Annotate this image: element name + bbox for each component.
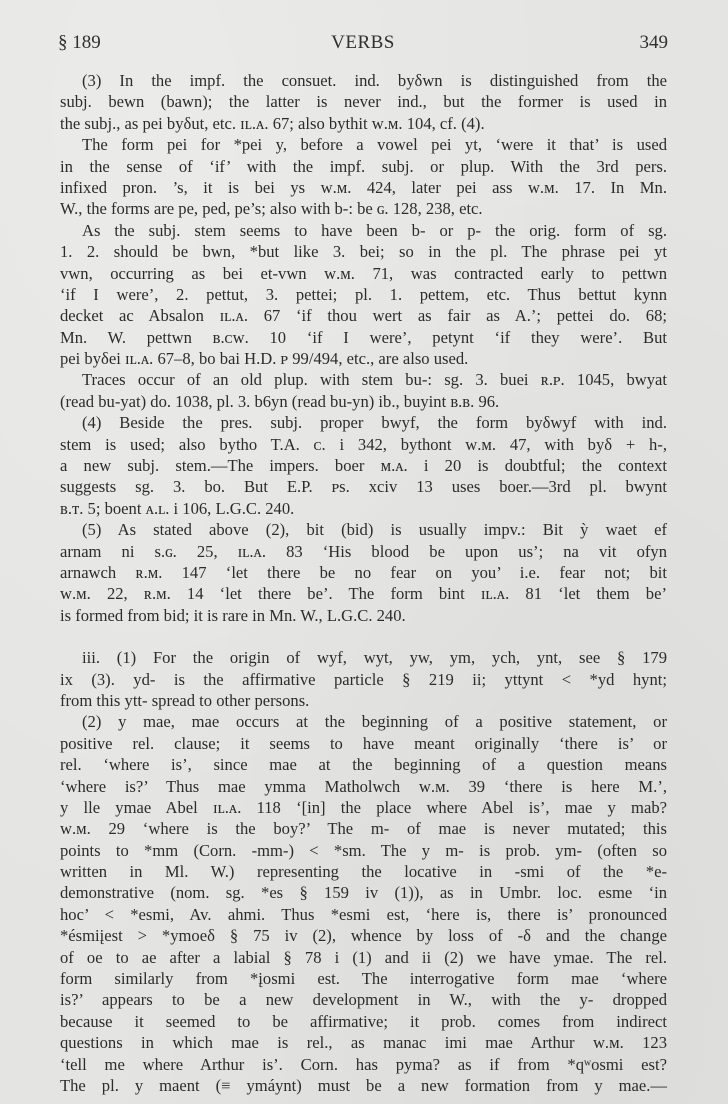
text-line: (4) Beside the pres. subj. proper bwyf, … bbox=[60, 412, 667, 433]
text-line: (5) As stated above (2), bit (bid) is us… bbox=[60, 519, 667, 540]
text-line: ix (3). yd- is the affirmative particle … bbox=[60, 669, 667, 690]
text-line: points to *mm (Corn. -mm-) < *sm. The y … bbox=[60, 840, 667, 861]
text-line: in the sense of ‘if’ with the impf. subj… bbox=[60, 156, 667, 177]
text-line: a new subj. stem.—The impers. boer ᴍ.ᴀ. … bbox=[60, 455, 667, 476]
section-gap bbox=[60, 626, 667, 647]
text-line: The form pei for *pei y, before a vowel … bbox=[60, 134, 667, 155]
paragraph-subj-stem: As the subj. stem seems to have been b- … bbox=[60, 220, 667, 370]
body-text: (3) In the impf. the consuet. ind. byδwn… bbox=[60, 70, 667, 1096]
text-line: hoc’ < *esmi, Av. ahmi. Thus *esmi est, … bbox=[60, 904, 667, 925]
text-line: from this ytt- spread to other persons. bbox=[60, 690, 667, 711]
text-line: Mn. W. pettwn ʙ.ᴄᴡ. 10 ‘if I were’, pety… bbox=[60, 327, 667, 348]
text-line: subj. bewn (bawn); the latter is never i… bbox=[60, 91, 667, 112]
paragraph-4: (4) Beside the pres. subj. proper bwyf, … bbox=[60, 412, 667, 519]
paragraph-iii-1: iii. (1) For the origin of wyf, wyt, yw,… bbox=[60, 647, 667, 711]
chapter-title: VERBS bbox=[58, 32, 668, 54]
paragraph-iii-2: (2) y mae, mae occurs at the beginning o… bbox=[60, 711, 667, 1096]
text-line: ʙ.ᴛ. 5; boent ᴀ.ʟ. i 106, L.G.C. 240. bbox=[60, 498, 667, 519]
paragraph-traces: Traces occur of an old plup. with stem b… bbox=[60, 369, 667, 412]
text-line: suggests sg. 3. bo. But E.P. ᴘs. xciv 13… bbox=[60, 476, 667, 497]
text-line: written in Ml. W.) representing the loca… bbox=[60, 861, 667, 882]
text-line: demonstrative (nom. sg. *es § 159 iv (1)… bbox=[60, 882, 667, 903]
text-line: questions in which mae is rel., as manac… bbox=[60, 1032, 667, 1053]
text-line: ‘if I were’, 2. pettut, 3. pettei; pl. 1… bbox=[60, 284, 667, 305]
text-line: The pl. y maent (≡ ymáynt) must be a new… bbox=[60, 1075, 667, 1096]
text-line: of oe to ae after a labial § 78 i (1) an… bbox=[60, 947, 667, 968]
text-line: iii. (1) For the origin of wyf, wyt, yw,… bbox=[60, 647, 667, 668]
paragraph-3: (3) In the impf. the consuet. ind. byδwn… bbox=[60, 70, 667, 134]
text-line: ᴡ.ᴍ. 22, ʀ.ᴍ. 14 ‘let there be’. The for… bbox=[60, 583, 667, 604]
text-line: As the subj. stem seems to have been b- … bbox=[60, 220, 667, 241]
text-line: is?’ appears to be a new development in … bbox=[60, 989, 667, 1010]
text-line: positive rel. clause; it seems to have m… bbox=[60, 733, 667, 754]
text-line: pei byδei ɪʟ.ᴀ. 67–8, bo bai H.D. ᴘ 99/4… bbox=[60, 348, 667, 369]
paragraph-pei: The form pei for *pei y, before a vowel … bbox=[60, 134, 667, 220]
text-line: because it seemed to be affirmative; it … bbox=[60, 1011, 667, 1032]
text-line: (3) In the impf. the consuet. ind. byδwn… bbox=[60, 70, 667, 91]
paragraph-5: (5) As stated above (2), bit (bid) is us… bbox=[60, 519, 667, 626]
text-line: 1. 2. should be bwn, *but like 3. bei; s… bbox=[60, 241, 667, 262]
text-line: decket ac Absalon ɪʟ.ᴀ. 67 ‘if thou wert… bbox=[60, 305, 667, 326]
page-number: 349 bbox=[640, 32, 669, 54]
text-line: the subj., as pei byδut, etc. ɪʟ.ᴀ. 67; … bbox=[60, 113, 667, 134]
text-line: form similarly from *įosmi est. The inte… bbox=[60, 968, 667, 989]
text-line: ᴡ.ᴍ. 29 ‘where is the boy?’ The m- of ma… bbox=[60, 818, 667, 839]
text-line: infixed pron. ’s, it is bei ys ᴡ.ᴍ. 424,… bbox=[60, 177, 667, 198]
text-line: is formed from bid; it is rare in Mn. W.… bbox=[60, 605, 667, 626]
text-line: (read bu-yat) do. 1038, pl. 3. b6yn (rea… bbox=[60, 391, 667, 412]
text-line: arnawch ʀ.ᴍ. 147 ‘let there be no fear o… bbox=[60, 562, 667, 583]
text-line: rel. ‘where is’, since mae at the beginn… bbox=[60, 754, 667, 775]
text-line: (2) y mae, mae occurs at the beginning o… bbox=[60, 711, 667, 732]
text-line: ‘tell me where Arthur is’. Corn. has pym… bbox=[60, 1054, 667, 1075]
text-line: arnam ni s.ɢ. 25, ɪʟ.ᴀ. 83 ‘His blood be… bbox=[60, 541, 667, 562]
text-line: vwn, occurring as bei et-vwn ᴡ.ᴍ. 71, wa… bbox=[60, 263, 667, 284]
text-line: y lle ymae Abel ɪʟ.ᴀ. 118 ‘[in] the plac… bbox=[60, 797, 667, 818]
book-page: § 189 VERBS 349 (3) In the impf. the con… bbox=[0, 0, 728, 1104]
text-line: *ésmiįest > *ymoeδ § 75 iv (2), whence b… bbox=[60, 925, 667, 946]
text-line: W., the forms are pe, ped, pe’s; also wi… bbox=[60, 198, 667, 219]
running-head: § 189 VERBS 349 bbox=[58, 32, 668, 56]
text-line: ‘where is?’ Thus mae ymma Matholwch ᴡ.ᴍ.… bbox=[60, 776, 667, 797]
text-line: Traces occur of an old plup. with stem b… bbox=[60, 369, 667, 390]
text-line: stem is used; also bytho T.A. ᴄ. i 342, … bbox=[60, 434, 667, 455]
